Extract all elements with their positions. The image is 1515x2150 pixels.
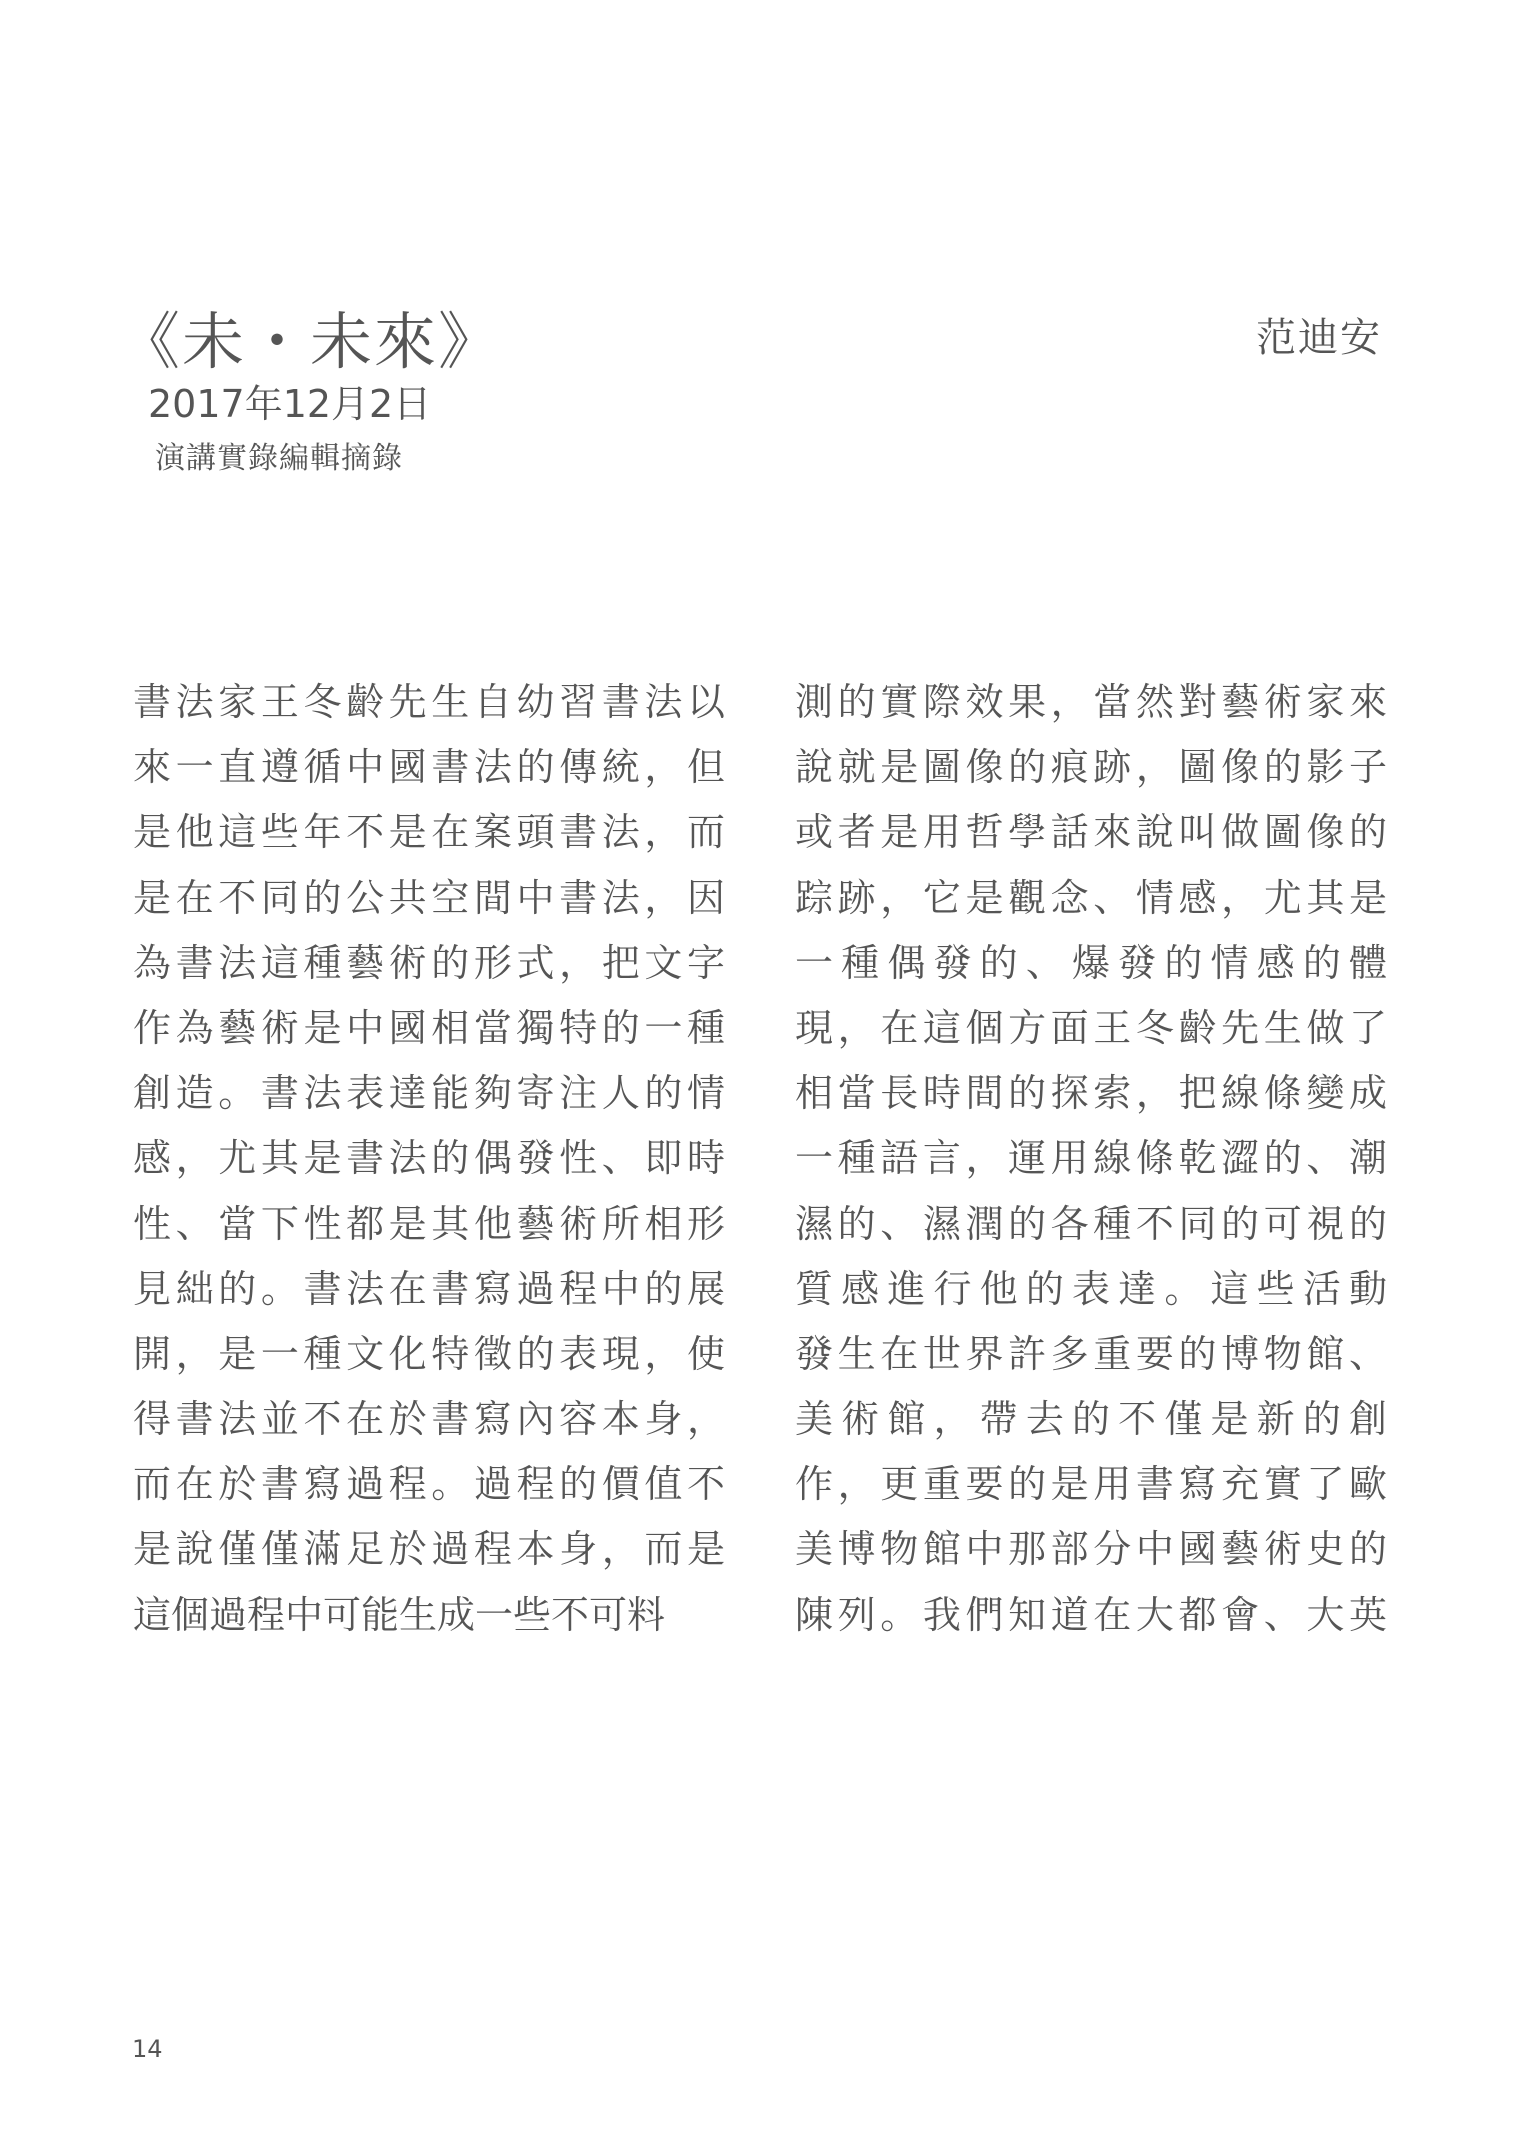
body-column-left: 書法家王冬齡先生自幼習書法以 來一直遵循中國書法的傳統，但 是他這些年不是在案頭… [133,680,733,1658]
text-line: 質感進行他的表達。這些活動 [795,1267,1387,1332]
article-subtitle: 演講實錄編輯摘錄 [155,438,403,480]
text-line: 而在於書寫過程。過程的價值不 [133,1462,725,1527]
text-line: 濕的、濕潤的各種不同的可視的 [795,1202,1387,1267]
article-title: 《未・未來》 [118,300,502,384]
text-line: 是在不同的公共空間中書法，因 [133,876,725,941]
body-column-right: 測的實際效果，當然對藝術家來 說就是圖像的痕跡，圖像的影子 或者是用哲學話來說叫… [795,680,1395,1658]
text-line: 是他這些年不是在案頭書法，而 [133,810,725,875]
text-line: 作，更重要的是用書寫充實了歐 [795,1462,1387,1527]
text-line: 為書法這種藝術的形式，把文字 [133,941,725,1006]
text-line: 現，在這個方面王冬齡先生做了 [795,1006,1387,1071]
text-line: 作為藝術是中國相當獨特的一種 [133,1006,725,1071]
text-line: 性、當下性都是其他藝術所相形 [133,1202,725,1267]
text-line: 說就是圖像的痕跡，圖像的影子 [795,745,1387,810]
text-line: 得書法並不在於書寫內容本身， [133,1397,725,1462]
text-line: 書法家王冬齡先生自幼習書法以 [133,680,725,745]
text-line: 一種偶發的、爆發的情感的體 [795,941,1387,1006]
text-line: 發生在世界許多重要的博物館、 [795,1332,1387,1397]
text-line: 美博物館中那部分中國藝術史的 [795,1527,1387,1592]
event-date: 2017年12月2日 [148,380,431,428]
text-line: 是說僅僅滿足於過程本身，而是 [133,1527,725,1592]
text-line: 相當長時間的探索，把線條變成 [795,1071,1387,1136]
text-line: 踪跡，它是觀念、情感，尤其是 [795,876,1387,941]
text-line: 測的實際效果，當然對藝術家來 [795,680,1387,745]
text-line: 感，尤其是書法的偶發性、即時 [133,1136,725,1201]
page-number: 14 [132,2034,163,2064]
text-line: 陳列。我們知道在大都會、大英 [795,1593,1387,1658]
author-name: 范迪安 [1256,310,1382,366]
text-line: 來一直遵循中國書法的傳統，但 [133,745,725,810]
text-line: 美術館，帶去的不僅是新的創 [795,1397,1387,1462]
text-line: 創造。書法表達能夠寄注人的情 [133,1071,725,1136]
text-line: 這個過程中可能生成一些不可料 [133,1593,725,1658]
text-line: 一種語言，運用線條乾澀的、潮 [795,1136,1387,1201]
text-line: 開，是一種文化特徵的表現，使 [133,1332,725,1397]
text-line: 見絀的。書法在書寫過程中的展 [133,1267,725,1332]
text-line: 或者是用哲學話來說叫做圖像的 [795,810,1387,875]
